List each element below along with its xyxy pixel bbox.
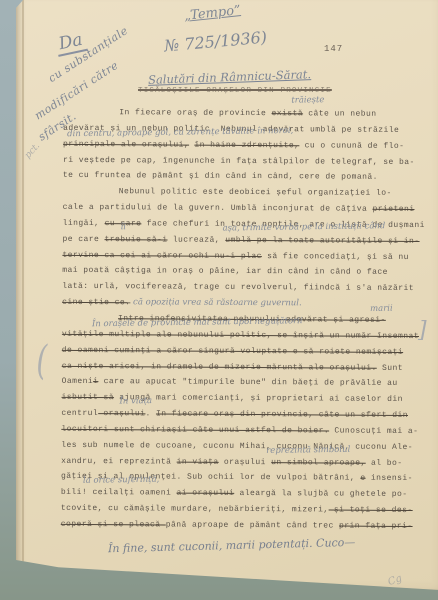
typed-text: al bo- bbox=[366, 458, 403, 467]
struck-text: vitățile multiple ale nebunului politic,… bbox=[62, 330, 419, 341]
typed-text: orașului bbox=[219, 457, 272, 466]
struck-text: orașului bbox=[98, 409, 145, 418]
handwritten-title: Salutări din Râmnicu-Sărat. bbox=[148, 67, 311, 87]
typed-text: Nebunul politic este deobicei șeful orga… bbox=[119, 187, 392, 198]
struck-text: coperă și se pleacă bbox=[61, 520, 166, 530]
typed-text: să fie concediați, și să nu bbox=[262, 252, 409, 262]
handwritten-insert: marii bbox=[370, 305, 393, 314]
typed-text: lucrează, bbox=[167, 235, 225, 244]
handwritten-insert: îi bbox=[120, 223, 126, 232]
manuscript-photo: Da cu substanțiale modificări către sfâr… bbox=[0, 0, 438, 600]
typed-text: te cu fruntea de pământ și din când in c… bbox=[63, 171, 378, 182]
struck-text: prin fața pri- bbox=[339, 521, 413, 530]
struck-text: trebuie să-i bbox=[104, 235, 167, 244]
handwritten-insert: reprezintă simbolul bbox=[266, 445, 350, 455]
handwritten-insert: În viața bbox=[119, 397, 152, 406]
typed-text: mai poată câștiga in oraș o pâine, iar d… bbox=[62, 266, 388, 277]
struck-text: ai orașului bbox=[176, 489, 234, 498]
pencil-parenthesis-mark: ( bbox=[36, 338, 47, 384]
struck-text: și toți se des- bbox=[329, 506, 413, 516]
handwritten-insert: la orice suferință, bbox=[83, 476, 159, 486]
typed-text: pe care bbox=[62, 235, 104, 244]
footer-handwritten-line: În fine, sunt cuconii, marii potentați. … bbox=[108, 536, 356, 555]
manuscript-page: Da cu substanțiale modificări către sfâr… bbox=[16, 0, 438, 596]
struck-text: cine știe ce. bbox=[62, 298, 130, 307]
handwritten-insert: din centru, aproape gol, cu zdrențe tăvă… bbox=[67, 127, 293, 139]
typed-text: cale a partidului de la guvern. Umblă in… bbox=[63, 203, 373, 214]
typed-text: les sub numele de cucoane, cuconu Mihai,… bbox=[61, 441, 413, 452]
struck-text: de oameni cuminți a căror singură volupt… bbox=[62, 346, 403, 357]
typed-text: cu o cunună de flo- bbox=[299, 141, 404, 151]
struck-text: in viața bbox=[177, 457, 219, 466]
typed-line: coperă și se pleacă până aproape de pămâ… bbox=[61, 517, 433, 535]
struck-text: tervine ca cei ai căror ochi nu-i plac bbox=[62, 250, 262, 260]
typed-text: Oameni bbox=[62, 377, 94, 386]
typed-text: lingăi, bbox=[63, 219, 105, 228]
typed-text: In fiecare oraș de provincie bbox=[119, 108, 271, 118]
typed-text: . bbox=[145, 409, 156, 418]
struck-text: prieteni bbox=[372, 205, 414, 214]
struck-text: isbutit să bbox=[61, 393, 114, 402]
struck-text: există bbox=[272, 109, 304, 118]
typed-text: Sunt bbox=[377, 363, 403, 372]
issue-number: № 725/1936) bbox=[163, 28, 267, 56]
typed-text: câte un nebun bbox=[303, 109, 377, 118]
struck-text: locuitori sunt chiriașii câte unui astfe… bbox=[61, 425, 329, 436]
typed-text: tcovite, cu cămășile murdare, nebărbieri… bbox=[61, 504, 329, 515]
typed-text: ajungă mari comercianți, și proprietari … bbox=[114, 393, 403, 404]
typed-text: Cunoscuți mai a- bbox=[329, 426, 418, 436]
struck-text: în haine zdrențuite, bbox=[194, 140, 299, 150]
typed-text: până aproape de pământ când trec bbox=[166, 520, 339, 530]
handwritten-insert: În orașele de provincie mai sunt apoi ne… bbox=[92, 317, 303, 329]
typed-text: bili! ceilalți oameni bbox=[61, 488, 177, 498]
handwritten-correction: că opoziția vrea să răstoarne guvernul. bbox=[130, 297, 301, 308]
publication-name: „Tempo” bbox=[183, 3, 241, 24]
typed-text: ri veștede pe cap, îngenunche in fața st… bbox=[63, 155, 415, 166]
struck-text: umblă pe la toate autoritățile și in- bbox=[225, 236, 419, 246]
typed-body: In fiecare oraș de provincie există câte… bbox=[61, 105, 436, 535]
struck-text: un simbol aproape, bbox=[271, 458, 366, 468]
margin-pencil-mark: pct. bbox=[23, 141, 42, 161]
struck-text: ca niște aricei, in dramele de mizerie m… bbox=[62, 361, 377, 372]
typed-text: aleargă la slujbă cu ghetele po- bbox=[234, 489, 407, 499]
struck-text: principale ale orașului, bbox=[63, 140, 189, 150]
handwritten-insert: trăiește bbox=[291, 96, 324, 105]
page-number: 147 bbox=[324, 44, 343, 54]
typed-text: centrul bbox=[61, 409, 98, 418]
struck-text: In fiecare oraș din provincie, câte un s… bbox=[156, 409, 408, 420]
typed-text: insensi- bbox=[366, 474, 413, 483]
typed-text: lată: urlă, vociferează, trage cu revolv… bbox=[62, 282, 414, 293]
typed-title-struck: TICĂLOȘIILE ORAȘELOR DIN PROVINCIE bbox=[138, 87, 332, 95]
typed-text: care au apucat "timpurile bune" din băeț… bbox=[98, 377, 397, 388]
typed-text: xandru, ei reprezintă bbox=[61, 456, 177, 466]
